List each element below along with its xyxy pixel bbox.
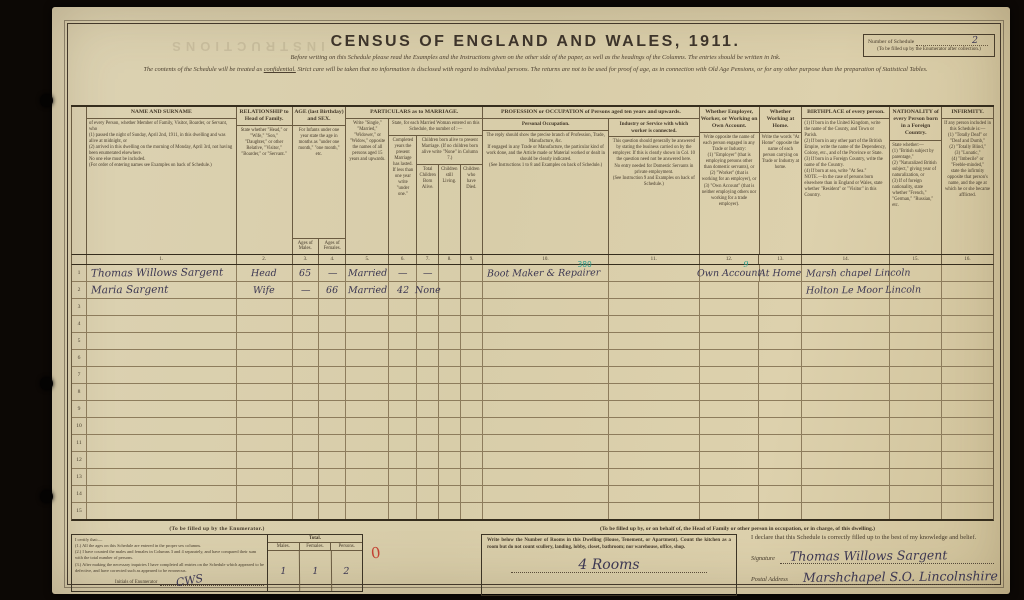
cell-children-died [461, 452, 483, 468]
totals-table: Total. Males. Females. Persons. 1 1 2 [267, 535, 362, 591]
cell-children-born [417, 486, 439, 502]
cell-years-married [389, 469, 417, 485]
col-marriage-note: State, for each Married Woman entered on… [389, 119, 482, 136]
cell-years-married [389, 452, 417, 468]
cell-at-home [759, 469, 802, 485]
cell-years-married [389, 384, 417, 400]
cell-years-married [389, 486, 417, 502]
cell-occupation [483, 486, 609, 502]
cell-marriage [346, 418, 389, 434]
cell-at-home [759, 282, 802, 298]
col-children-died-label: Children who have Died. [461, 165, 483, 254]
cell-relationship: Head [237, 265, 293, 281]
rooms-box: Write below the Number of Rooms in this … [481, 534, 737, 596]
punch-hole [40, 377, 53, 390]
cell-marriage [346, 486, 389, 502]
cell-children-living [439, 265, 461, 281]
cell-employment [700, 350, 760, 366]
age-male-value: 65 [299, 267, 311, 278]
cell-at-home [759, 384, 802, 400]
cell-occupation [483, 299, 609, 315]
cell-children-living [439, 282, 461, 298]
row-number: 12 [72, 452, 87, 468]
cell-age-male [293, 316, 320, 332]
cell-nationality [890, 282, 942, 298]
rooms-instruction: Write below the Number of Rooms in this … [487, 538, 731, 552]
signature-label: Signature [751, 555, 775, 564]
row-number: 5 [72, 333, 87, 349]
cell-industry [609, 503, 700, 519]
enumerator-mark: 9 [743, 260, 748, 269]
cell-children-living [439, 401, 461, 417]
form-footer: (To be filled up by the Enumerator.) I c… [71, 526, 994, 596]
marriage-value: Married [348, 267, 387, 278]
cell-age-female: 66 [319, 282, 346, 298]
cell-children-born: — [417, 265, 439, 281]
row-number: 7 [72, 367, 87, 383]
postal-address-value: Marshchapel S.O. Lincolnshire [803, 568, 998, 587]
cell-age-female [319, 316, 346, 332]
at-home-value: At Home [759, 267, 801, 278]
cell-years-married [389, 367, 417, 383]
cell-infirmity [942, 333, 993, 349]
col-at-home-desc: Write the words "At Home" opposite the n… [760, 133, 802, 254]
column-number-row: 1. 2. 3. 4. 5. 6. 7. 8. 9. 10. 11. 12. 1… [71, 255, 994, 265]
cell-birthplace [802, 401, 890, 417]
cell-industry [609, 384, 700, 400]
col-nationality-title: NATIONALITY of every Person born in a Fo… [890, 107, 941, 141]
cell-employment [700, 333, 760, 349]
cell-age-male [293, 418, 320, 434]
colnum-5: 5. [346, 255, 389, 264]
cell-children-died [461, 469, 483, 485]
cell-years-married [389, 503, 417, 519]
cell-children-died [461, 503, 483, 519]
row-number: 15 [72, 503, 87, 519]
cell-at-home [759, 333, 802, 349]
cell-age-female [319, 503, 346, 519]
cell-age-male [293, 435, 320, 451]
cell-children-died [461, 265, 483, 281]
col-age-males-label: Ages of Males. [293, 239, 319, 255]
cell-years-married [389, 418, 417, 434]
cell-name [87, 401, 237, 417]
col-employer-title: Whether Employer, Worker, or Working on … [700, 107, 759, 133]
col-employer: Whether Employer, Worker, or Working on … [700, 107, 760, 254]
row-number: 6 [72, 350, 87, 366]
cell-employment [700, 503, 760, 519]
row-number: 4 [72, 316, 87, 332]
confidential-rest: Strict care will be taken that no inform… [296, 66, 928, 73]
cell-children-living [439, 316, 461, 332]
row-number: 11 [72, 435, 87, 451]
totals-females-value: 1 [299, 551, 331, 591]
table-row: 4 [72, 316, 993, 333]
cell-marriage [346, 316, 389, 332]
colnum-4: 4. [319, 255, 346, 264]
cell-relationship [237, 367, 293, 383]
cell-marriage [346, 503, 389, 519]
cell-relationship [237, 486, 293, 502]
cell-nationality [890, 418, 942, 434]
cell-at-home [759, 486, 802, 502]
cell-infirmity [942, 452, 993, 468]
cell-years-married [389, 350, 417, 366]
cell-age-male [293, 469, 320, 485]
col-children-born-label: Total Children Born Alive. [417, 165, 438, 254]
cell-age-male [293, 503, 320, 519]
cert-item-2: (2.) I have counted the males and female… [75, 549, 264, 560]
col-at-home: Whether Working at Home. Write the words… [760, 107, 803, 254]
cell-name [87, 486, 237, 502]
colnum-9: 9. [461, 255, 483, 264]
col-name: NAME AND SURNAME of every Person, whethe… [87, 107, 237, 254]
cell-occupation [483, 435, 609, 451]
col-infirmity-title: INFIRMITY. [942, 107, 993, 119]
cell-occupation [483, 316, 609, 332]
cell-name [87, 452, 237, 468]
col-relationship-title: RELATIONSHIP to Head of Family. [237, 107, 292, 126]
cell-relationship [237, 333, 293, 349]
cell-marriage: Married [346, 265, 389, 281]
cell-nationality [890, 384, 942, 400]
cell-birthplace: Holton Le Moor Lincoln [802, 282, 890, 298]
row-number: 1 [72, 265, 87, 281]
cell-years-married [389, 333, 417, 349]
cell-employment [700, 469, 760, 485]
cell-industry [609, 316, 700, 332]
col-age-females-label: Ages of Females. [319, 239, 345, 255]
col-profession: PROFESSION or OCCUPATION of Persons aged… [483, 107, 700, 254]
cell-name [87, 469, 237, 485]
cell-marriage [346, 401, 389, 417]
cell-nationality [890, 367, 942, 383]
cell-infirmity [942, 486, 993, 502]
cell-relationship [237, 452, 293, 468]
cell-employment [700, 452, 760, 468]
cell-age-male [293, 384, 320, 400]
cell-occupation [483, 282, 609, 298]
col-marriage: PARTICULARS as to MARRIAGE. Write "Singl… [346, 107, 483, 254]
table-row: 9 [72, 401, 993, 418]
cell-children-born [417, 350, 439, 366]
cell-children-died [461, 282, 483, 298]
col-marriage-title: PARTICULARS as to MARRIAGE. [346, 107, 482, 119]
col-relationship: RELATIONSHIP to Head of Family. State wh… [237, 107, 293, 254]
totals-title: Total. [268, 535, 362, 543]
cell-industry [609, 486, 700, 502]
cell-age-female [319, 452, 346, 468]
table-row: 13 [72, 469, 993, 486]
cell-infirmity [942, 316, 993, 332]
col-birthplace-desc: (1) If born in the United Kingdom, write… [802, 119, 889, 254]
relationship-value: Head [251, 267, 277, 278]
cell-birthplace [802, 367, 890, 383]
form-border-frame: INSTRUCTIONS Number of Schedule 2 (To be… [67, 23, 1001, 585]
cell-age-male [293, 401, 320, 417]
cell-birthplace [802, 350, 890, 366]
cell-at-home [759, 401, 802, 417]
cell-name [87, 350, 237, 366]
cell-nationality [890, 401, 942, 417]
cell-occupation [483, 452, 609, 468]
col-employer-desc: Write opposite the name of each person e… [700, 133, 759, 254]
confidential-word: confidential. [264, 66, 296, 73]
cell-children-born [417, 299, 439, 315]
table-body: 1 Thomas Willows Sargent Head 65 — Marri… [71, 265, 994, 521]
cell-infirmity [942, 367, 993, 383]
cell-birthplace [802, 435, 890, 451]
punch-hole [40, 94, 53, 107]
cell-children-died [461, 316, 483, 332]
cell-children-living [439, 469, 461, 485]
cell-name: Maria Sargent [87, 282, 237, 298]
employment-value: Own Account [697, 267, 761, 279]
cell-birthplace [802, 384, 890, 400]
cell-at-home [759, 316, 802, 332]
colnum-6: 6. [389, 255, 417, 264]
cell-nationality [890, 486, 942, 502]
cell-infirmity [942, 350, 993, 366]
cell-age-male: 65 [293, 265, 320, 281]
cell-nationality [890, 469, 942, 485]
col-at-home-title: Whether Working at Home. [760, 107, 802, 133]
cell-years-married: 42 [389, 282, 417, 298]
cell-children-born: None [417, 282, 439, 298]
colnum-7: 7. [417, 255, 439, 264]
cell-relationship [237, 384, 293, 400]
cell-children-born [417, 418, 439, 434]
cell-children-born [417, 401, 439, 417]
col-relationship-desc: State whether "Head," or "Wife," "Son," … [237, 126, 292, 254]
row-number: 9 [72, 401, 87, 417]
cert-item-1: (1.) All the ages on this Schedule are e… [75, 543, 264, 549]
cell-relationship [237, 401, 293, 417]
table-row: 6 [72, 350, 993, 367]
cell-children-died [461, 418, 483, 434]
cell-nationality [890, 265, 942, 281]
cell-children-died [461, 401, 483, 417]
cell-name [87, 333, 237, 349]
relationship-value: Wife [253, 284, 275, 295]
cell-relationship [237, 350, 293, 366]
cell-nationality [890, 333, 942, 349]
cell-children-born [417, 384, 439, 400]
cell-at-home [759, 435, 802, 451]
cell-children-born [417, 367, 439, 383]
cell-industry [609, 367, 700, 383]
col-marriage-years-desc: Completed years the present Marriage has… [389, 136, 416, 254]
cell-infirmity [942, 469, 993, 485]
cell-occupation [483, 367, 609, 383]
schedule-number-value: 2 [972, 35, 978, 47]
cell-occupation [483, 333, 609, 349]
table-row: 1 Thomas Willows Sargent Head 65 — Marri… [72, 265, 993, 282]
punch-hole [40, 490, 53, 503]
cell-children-died [461, 384, 483, 400]
cell-children-died [461, 367, 483, 383]
cell-relationship [237, 299, 293, 315]
cell-birthplace [802, 316, 890, 332]
cell-age-female [319, 333, 346, 349]
cell-occupation [483, 401, 609, 417]
cell-age-male: — [293, 282, 320, 298]
cell-occupation [483, 384, 609, 400]
cell-occupation [483, 503, 609, 519]
col-children-living-label: Children still Living. [439, 165, 460, 254]
cell-employment [700, 401, 760, 417]
declaration: I declare that this Schedule is correctl… [737, 534, 994, 596]
cell-marriage [346, 435, 389, 451]
cell-infirmity [942, 265, 993, 281]
colnum-12: 12. [700, 255, 760, 264]
cell-infirmity [942, 503, 993, 519]
cell-age-female [319, 350, 346, 366]
cell-relationship [237, 503, 293, 519]
cell-age-male [293, 299, 320, 315]
cell-children-living [439, 435, 461, 451]
cell-relationship [237, 418, 293, 434]
cell-years-married [389, 316, 417, 332]
totals-females-label: Females. [300, 543, 332, 550]
cell-name [87, 316, 237, 332]
cell-name [87, 503, 237, 519]
colnum-2: 2. [237, 255, 293, 264]
cell-years-married: — [389, 265, 417, 281]
cell-industry [609, 299, 700, 315]
colnum-3: 3. [293, 255, 320, 264]
totals-persons-value: 2 [331, 551, 362, 591]
cell-birthplace [802, 452, 890, 468]
row-number: 13 [72, 469, 87, 485]
cell-birthplace [802, 503, 890, 519]
col-name-desc: of every Person, whether Member of Famil… [87, 119, 236, 254]
cell-children-living [439, 486, 461, 502]
table-header: NAME AND SURNAME of every Person, whethe… [71, 107, 994, 255]
cell-children-born [417, 452, 439, 468]
table-row: 14 [72, 486, 993, 503]
cell-industry [609, 282, 700, 298]
children-born-value: — [423, 267, 433, 278]
cell-at-home [759, 503, 802, 519]
cell-name [87, 384, 237, 400]
cell-age-female [319, 384, 346, 400]
col-birthplace: BIRTHPLACE of every person. (1) If born … [802, 107, 890, 254]
cell-age-female [319, 486, 346, 502]
cell-employment [700, 367, 760, 383]
cell-age-female [319, 469, 346, 485]
col-name-title: NAME AND SURNAME [87, 107, 236, 119]
cell-children-died [461, 299, 483, 315]
schedule-number-box: Number of Schedule 2 (To be filled up by… [863, 34, 995, 57]
cell-nationality [890, 503, 942, 519]
totals-persons-label: Persons. [331, 543, 362, 550]
col-age-desc: For Infants under one year state the age… [293, 126, 346, 237]
cell-age-female: — [319, 265, 346, 281]
name-value: Thomas Willows Sargent [91, 266, 223, 279]
cell-name [87, 418, 237, 434]
householder-heading: (To be filled up by, or on behalf of, th… [481, 526, 994, 532]
cell-birthplace [802, 333, 890, 349]
occupation-code-mark: 380 [578, 260, 592, 269]
cell-years-married [389, 299, 417, 315]
cert-item-3: (3.) After making the necessary inquirie… [75, 562, 264, 573]
cell-at-home [759, 418, 802, 434]
col-infirmity-desc: If any person included in this Schedule … [942, 119, 993, 254]
cell-nationality [890, 299, 942, 315]
postal-address-label: Postal Address [751, 576, 788, 585]
householder-section: (To be filled up by, or on behalf of, th… [481, 526, 994, 596]
cell-age-male [293, 350, 320, 366]
form-instruction: Before writing on this Schedule please r… [71, 54, 1000, 61]
cell-relationship [237, 469, 293, 485]
age-female-value: — [328, 267, 338, 278]
col-industry-title: Industry or Service with which worker is… [609, 119, 699, 137]
schedule-number-note: (To be filled up by the Enumerator after… [868, 47, 990, 54]
cell-nationality [890, 452, 942, 468]
years-married-value: 42 [397, 284, 409, 295]
red-check-mark: 0 [370, 544, 381, 563]
certification-text: I certify that:— (1.) All the ages on th… [72, 535, 267, 591]
colnum-1: 1. [87, 255, 237, 264]
enumerator-initials: CWS [175, 572, 204, 591]
cell-marriage [346, 384, 389, 400]
cell-children-living [439, 333, 461, 349]
cell-at-home [759, 367, 802, 383]
cell-children-living [439, 350, 461, 366]
colnum-11: 11. [609, 255, 700, 264]
col-age-title: AGE (last Birthday) and SEX. [293, 107, 346, 126]
cell-employment [700, 299, 760, 315]
col-profession-title: PROFESSION or OCCUPATION of Persons aged… [483, 107, 699, 119]
signature-value: Thomas Willows Sargent [790, 547, 947, 566]
cell-nationality [890, 316, 942, 332]
cell-relationship [237, 435, 293, 451]
children-born-value: None [415, 284, 441, 295]
colnum-14: 14. [802, 255, 890, 264]
cell-industry [609, 435, 700, 451]
cell-infirmity [942, 282, 993, 298]
row-number: 2 [72, 282, 87, 298]
col-age: AGE (last Birthday) and SEX. For Infants… [293, 107, 347, 254]
years-married-value: — [398, 267, 408, 278]
cell-children-living [439, 384, 461, 400]
cell-name [87, 367, 237, 383]
cell-years-married [389, 435, 417, 451]
col-birthplace-title: BIRTHPLACE of every person. [802, 107, 889, 119]
cell-nationality [890, 435, 942, 451]
cell-age-male [293, 486, 320, 502]
cell-at-home [759, 350, 802, 366]
cell-age-male [293, 367, 320, 383]
table-row: 8 [72, 384, 993, 401]
table-row: 12 [72, 452, 993, 469]
cell-children-died [461, 486, 483, 502]
cell-children-living [439, 503, 461, 519]
col-infirmity: INFIRMITY. If any person included in thi… [942, 107, 993, 254]
cell-name [87, 435, 237, 451]
cell-children-born [417, 469, 439, 485]
cell-marriage [346, 367, 389, 383]
colnum-13: 13. [759, 255, 802, 264]
form-header: INSTRUCTIONS Number of Schedule 2 (To be… [71, 33, 1000, 105]
cell-industry [609, 333, 700, 349]
col-nationality-desc: State whether:— (1) "British subject by … [890, 141, 941, 255]
schedule-number-line: 2 [916, 37, 988, 46]
census-schedule-sheet: INSTRUCTIONS Number of Schedule 2 (To be… [52, 7, 1010, 594]
name-value: Maria Sargent [91, 284, 168, 297]
cell-children-born [417, 503, 439, 519]
